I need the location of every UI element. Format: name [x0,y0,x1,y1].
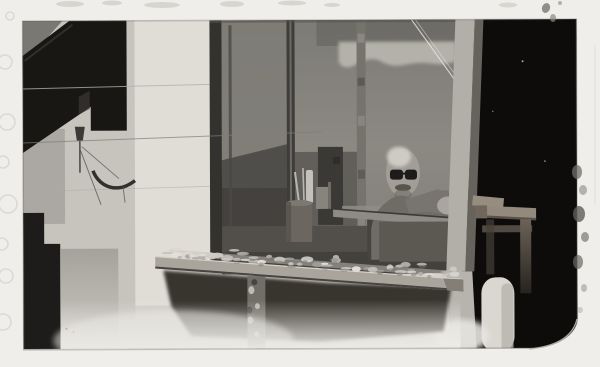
top-border-smudges [56,1,517,9]
window-frame-left [209,20,222,272]
photo-image [22,19,577,350]
glasses-right-lens [405,170,417,180]
man-torso-below-rail [379,221,457,261]
white-handle [306,170,313,203]
glasses-left-lens [390,170,403,180]
bottle [316,187,328,209]
bald-glare [387,147,411,167]
left-border-rings [0,12,17,330]
vintage-photo [22,19,577,350]
sky-reflection-band [339,41,456,67]
table-leg [520,219,531,293]
photo-scan [0,0,600,367]
